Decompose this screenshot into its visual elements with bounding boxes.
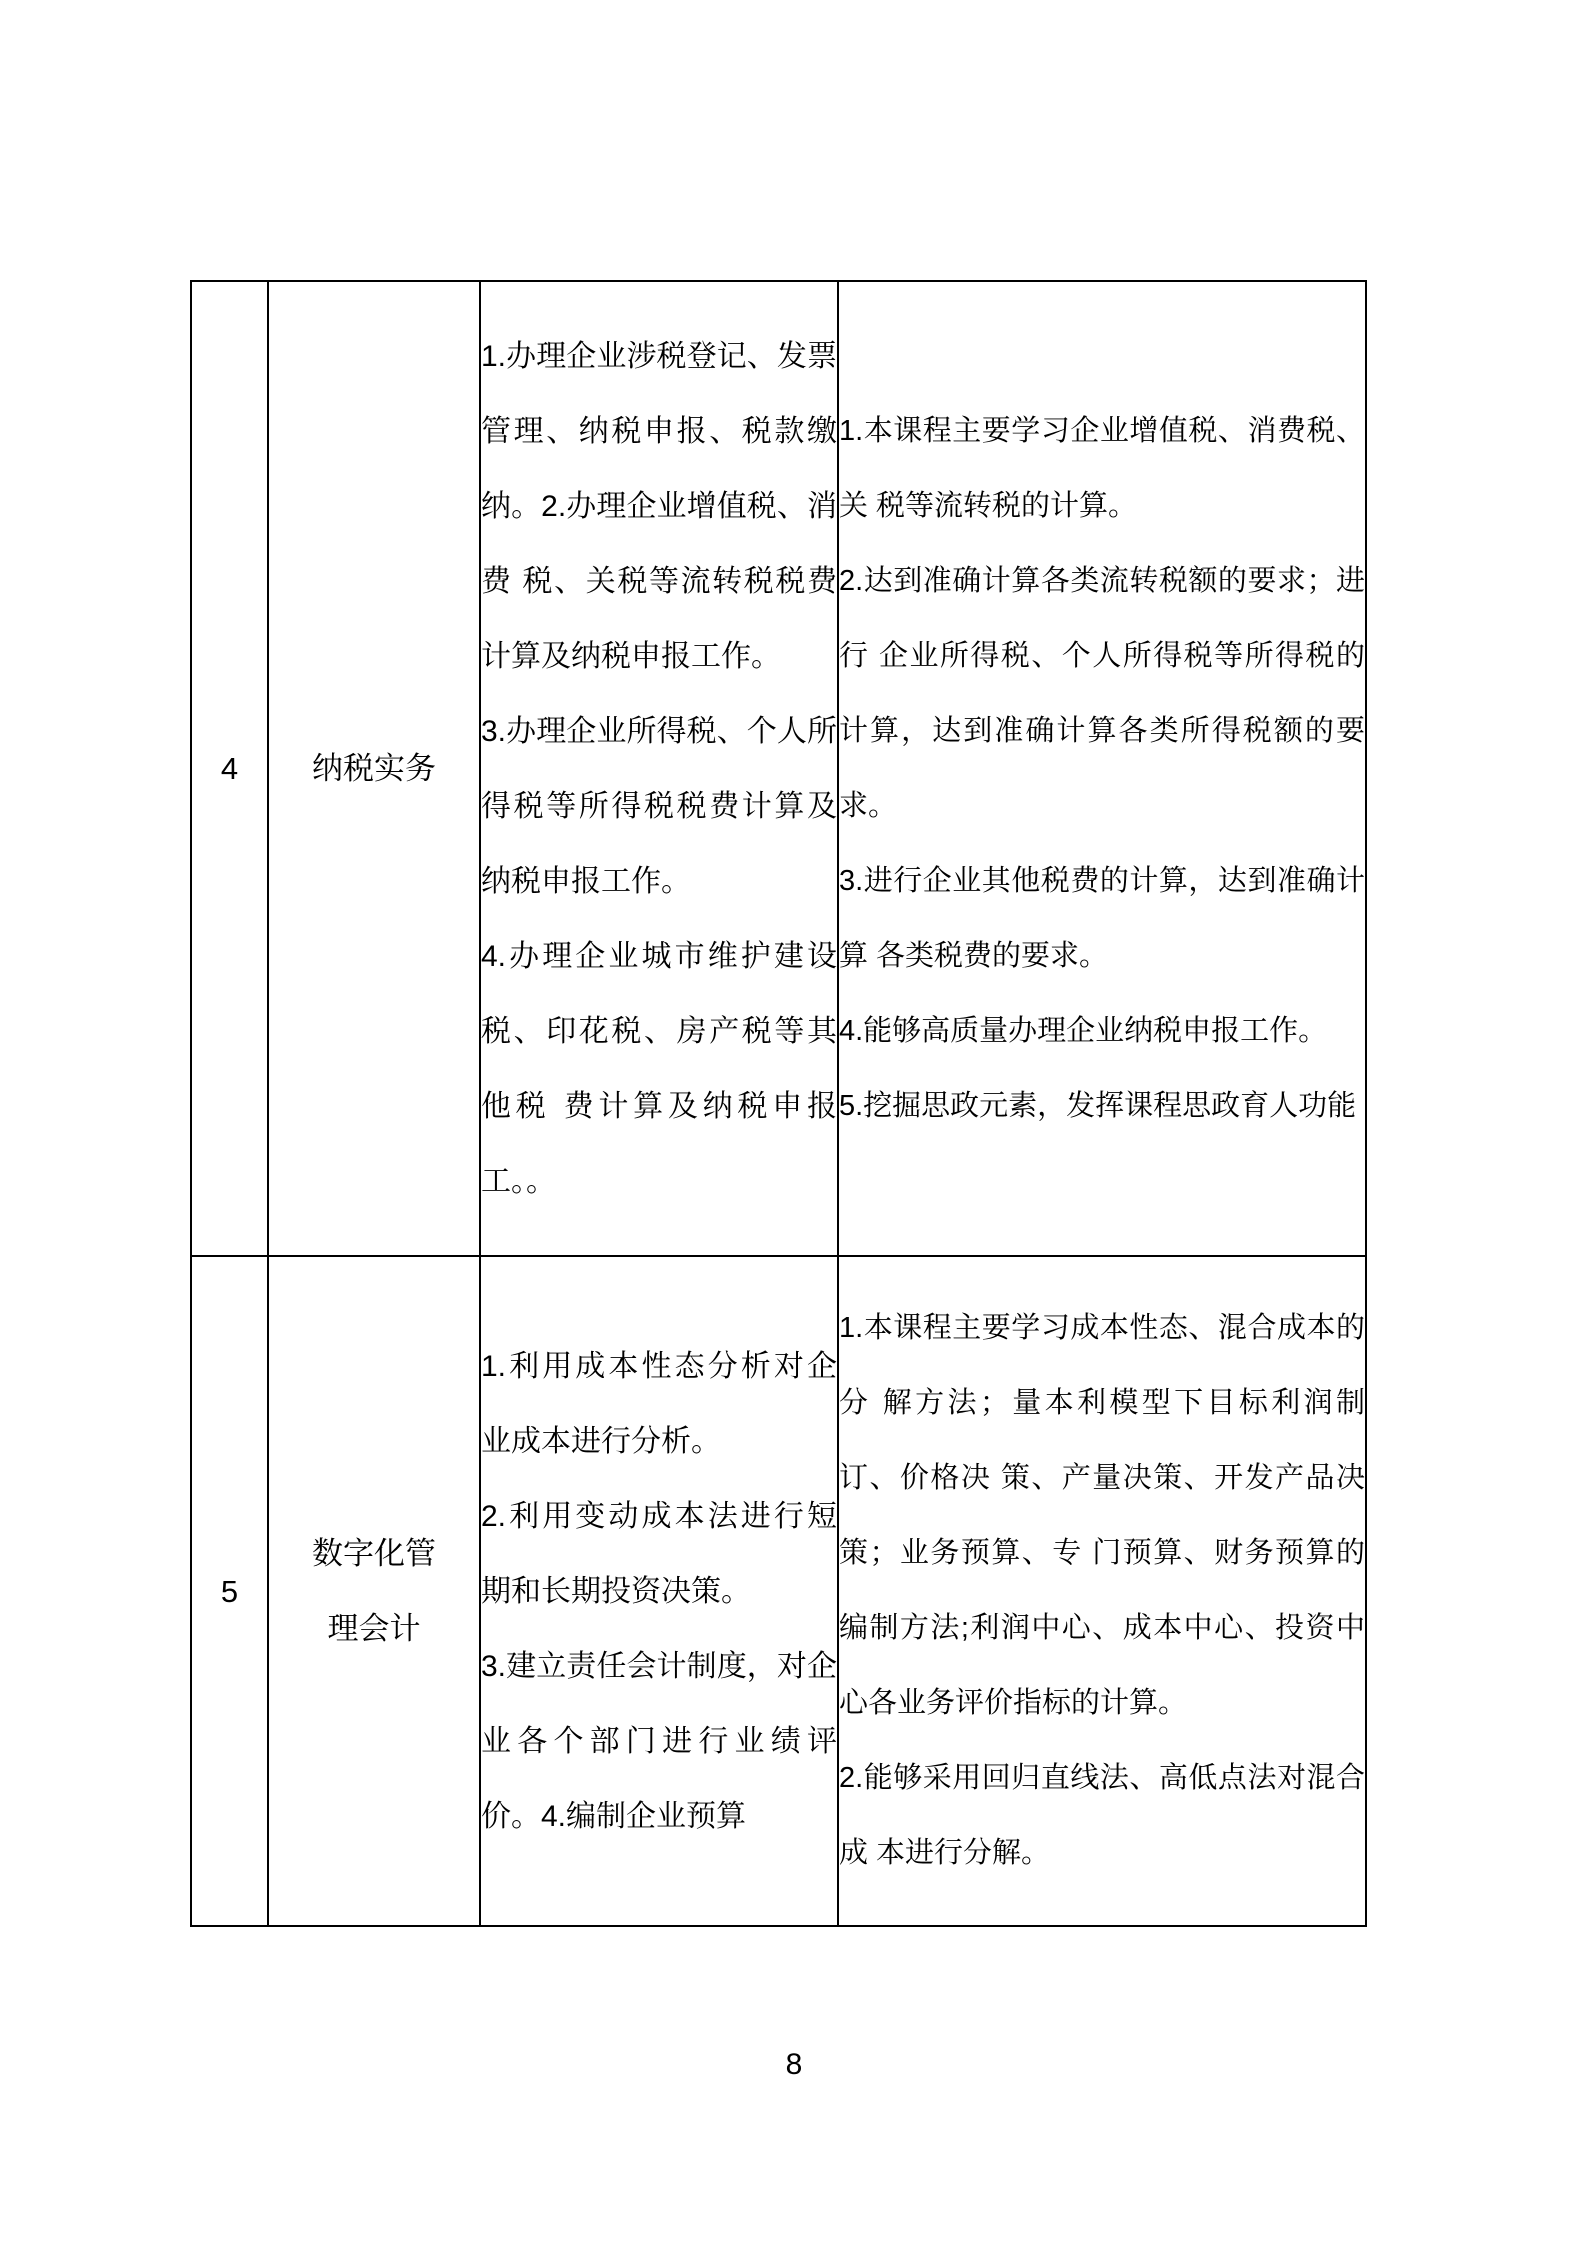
course-5-name-cell: 数字化管理会计 (268, 1256, 480, 1926)
course-5-tasks-cell: 1.利用成本性态分析对企 业成本进行分析。 2.利用变动成本法进行短 期和长期投… (480, 1256, 838, 1926)
course-4-goals-cell: 1.本课程主要学习企业增值税、消费税、关 税等流转税的计算。 2.达到准确计算各… (838, 281, 1366, 1256)
task-paragraph: 3.建立责任会计制度，对企 业各个部门进行业绩评价。4.编制企业预算 (481, 1629, 837, 1854)
table-row-course-5: 5 数字化管理会计 1.利用成本性态分析对企 业成本进行分析。 2.利用变动成本… (191, 1256, 1366, 1926)
goal-paragraph: 1.本课程主要学习成本性态、混合成本的分 解方法；量本利模型下目标利润制订、价格… (839, 1291, 1365, 1741)
goal-paragraph: 3.进行企业其他税费的计算，达到准确计算 各类税费的要求。 (839, 844, 1365, 994)
goal-paragraph: 5.挖掘思政元素，发挥课程思政育人功能 (839, 1069, 1365, 1144)
task-paragraph: 4.办理企业城市维护建设 税、印花税、房产税等其他税 费计算及纳税申报工。。 (481, 919, 837, 1219)
course-4-name-cell: 纳税实务 (268, 281, 480, 1256)
course-4-tasks-cell: 1.办理企业涉税登记、发票 管理、纳税申报、税款缴纳。2.办理企业增值税、消费 … (480, 281, 838, 1256)
goal-paragraph: 2.达到准确计算各类流转税额的要求；进行 企业所得税、个人所得税等所得税的计算，… (839, 544, 1365, 844)
course-4-number-cell: 4 (191, 281, 268, 1256)
page-number: 8 (0, 2045, 1588, 2085)
goal-paragraph: 1.本课程主要学习企业增值税、消费税、关 税等流转税的计算。 (839, 394, 1365, 544)
table-row-course-4: 4 纳税实务 1.办理企业涉税登记、发票 管理、纳税申报、税款缴纳。2.办理企业… (191, 281, 1366, 1256)
course-number: 5 (192, 1554, 267, 1629)
task-paragraph: 1.利用成本性态分析对企 业成本进行分析。 (481, 1329, 837, 1479)
course-objectives-table: 4 纳税实务 1.办理企业涉税登记、发票 管理、纳税申报、税款缴纳。2.办理企业… (190, 280, 1367, 1927)
document-page: 4 纳税实务 1.办理企业涉税登记、发票 管理、纳税申报、税款缴纳。2.办理企业… (0, 0, 1588, 2245)
task-paragraph: 2.利用变动成本法进行短 期和长期投资决策。 (481, 1479, 837, 1629)
course-name: 纳税实务 (269, 731, 479, 806)
course-name: 数字化管理会计 (269, 1516, 479, 1666)
goal-paragraph: 2.能够采用回归直线法、高低点法对混合成 本进行分解。 (839, 1741, 1365, 1891)
course-5-goals-cell: 1.本课程主要学习成本性态、混合成本的分 解方法；量本利模型下目标利润制订、价格… (838, 1256, 1366, 1926)
course-number: 4 (192, 731, 267, 806)
task-paragraph: 1.办理企业涉税登记、发票 管理、纳税申报、税款缴纳。2.办理企业增值税、消费 … (481, 319, 837, 694)
goal-paragraph: 4.能够高质量办理企业纳税申报工作。 (839, 994, 1365, 1069)
task-paragraph: 3.办理企业所得税、个人所 得税等所得税税费计算及纳税申报工作。 (481, 694, 837, 919)
course-5-number-cell: 5 (191, 1256, 268, 1926)
